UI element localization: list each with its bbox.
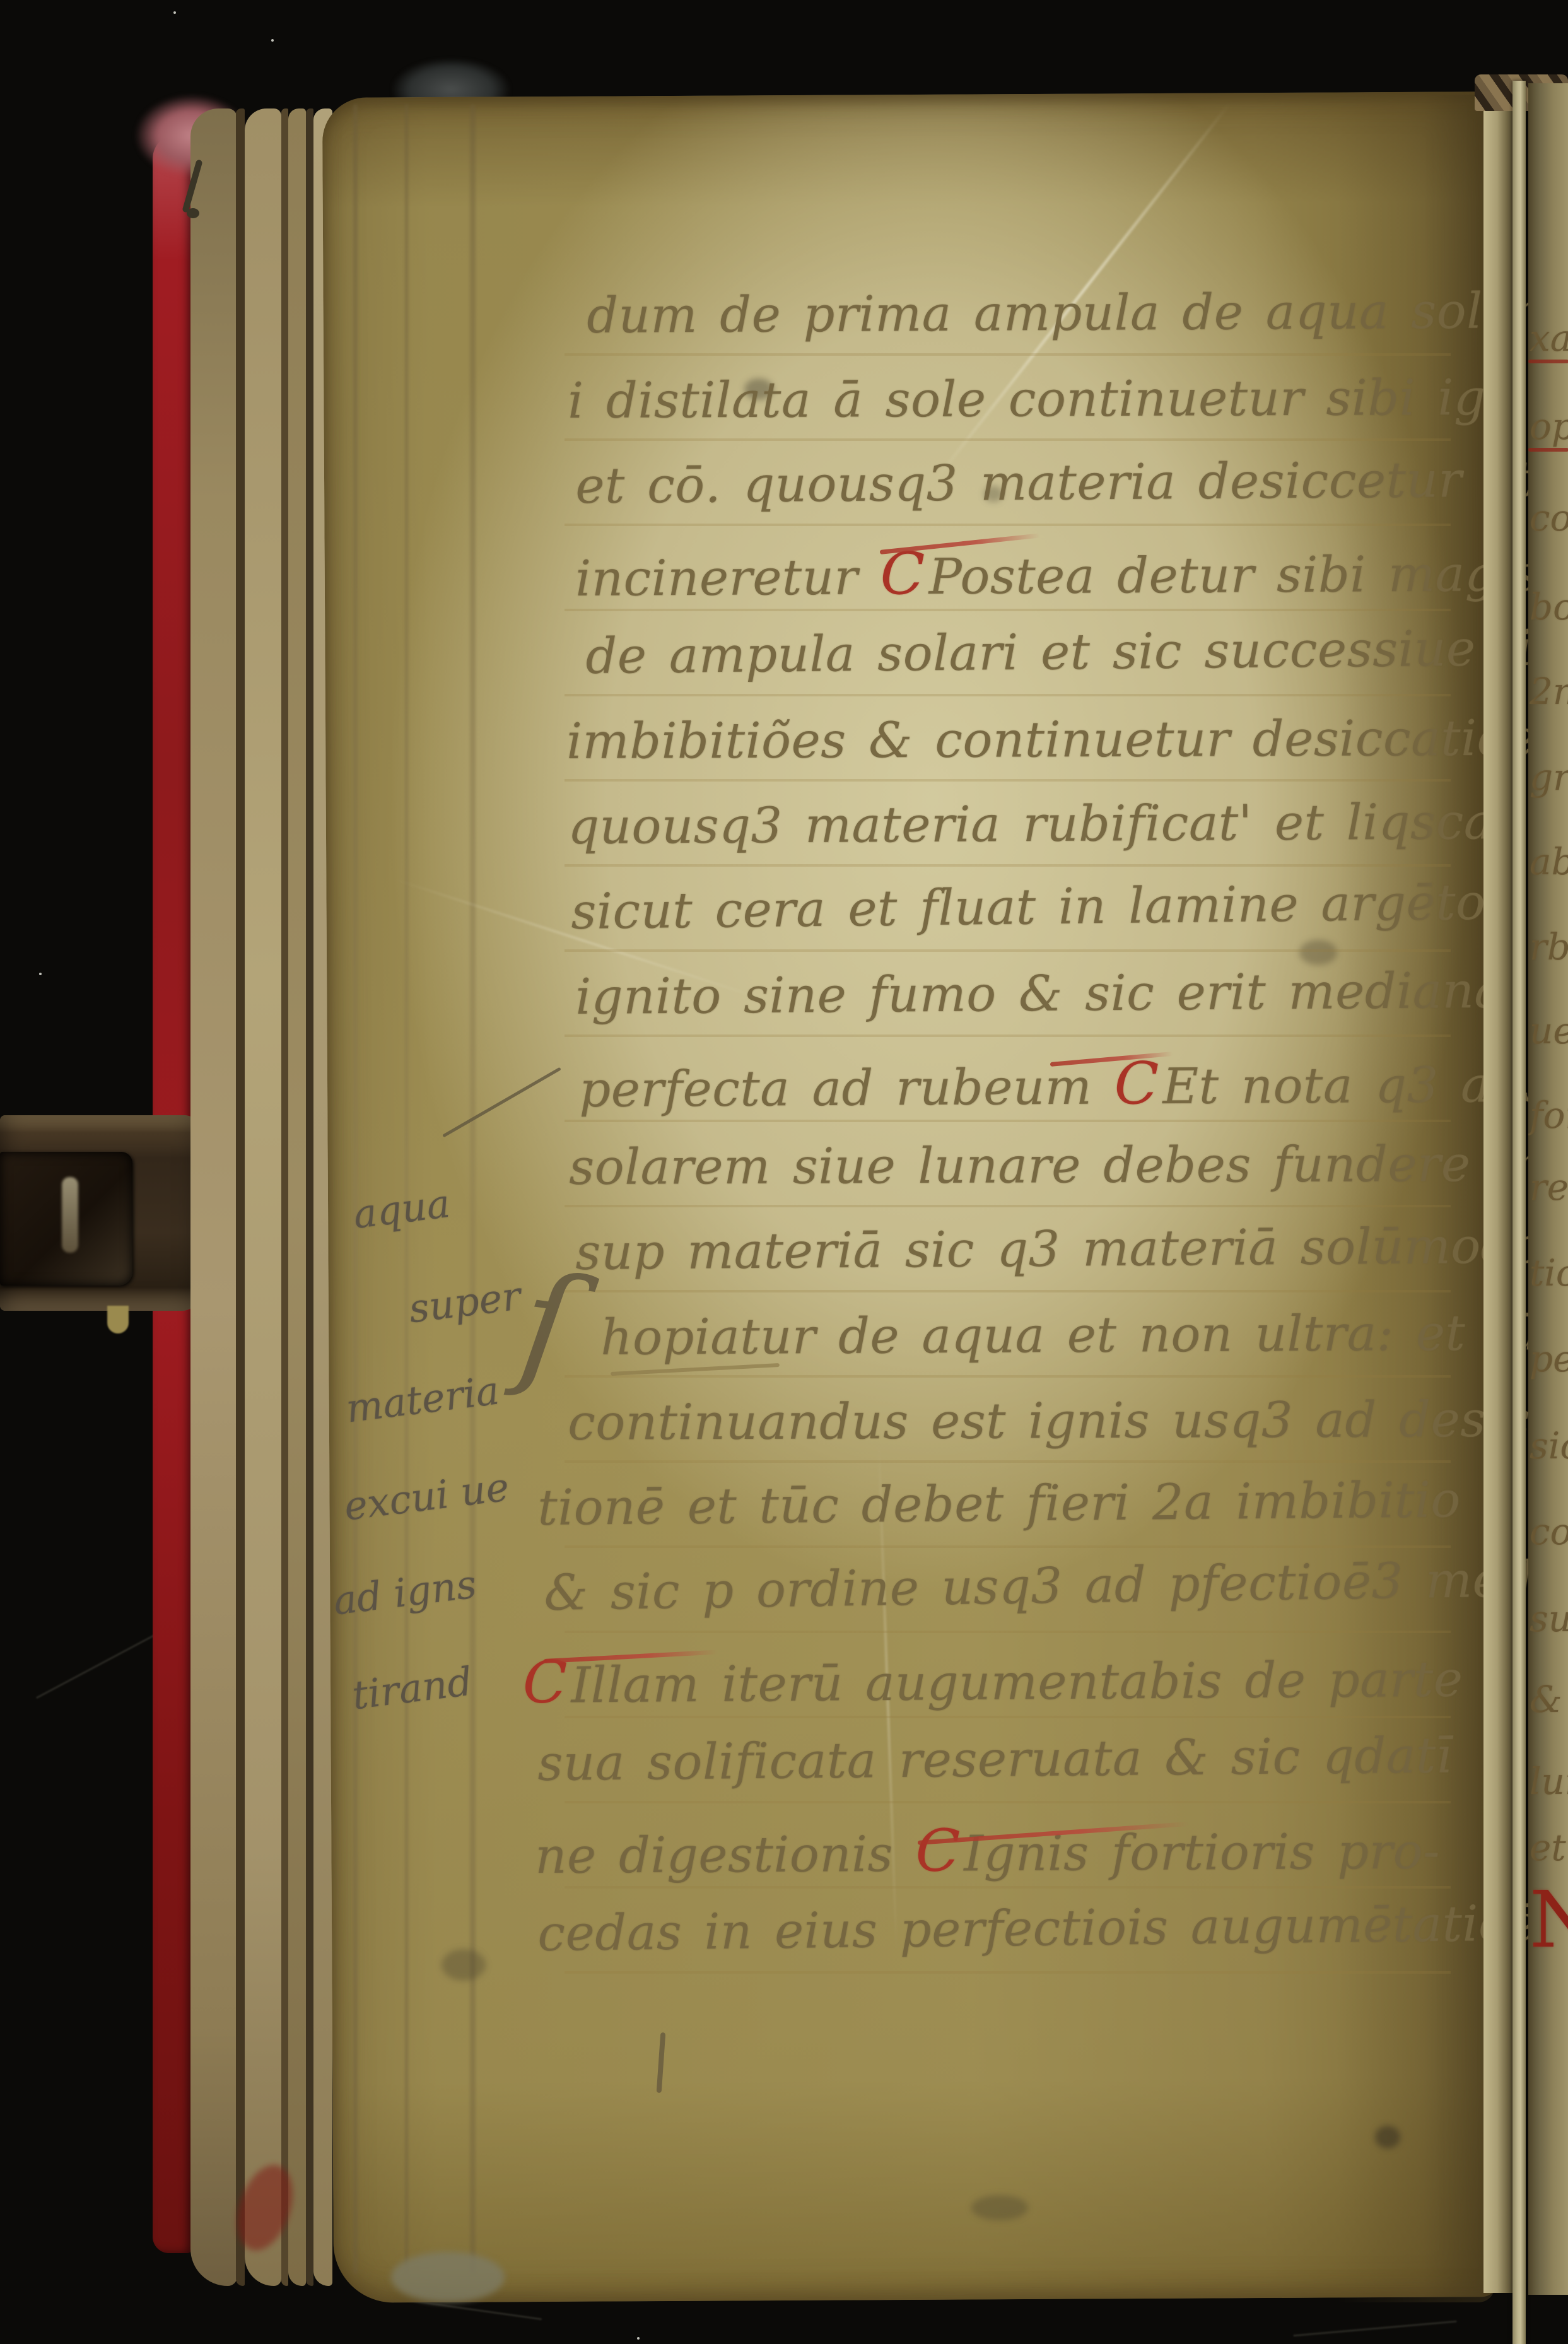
- text-line: tionē et tūc debet fieri 2a imbibitio .: [537, 1475, 1499, 1533]
- text-line: hopiatur de aqua et non ultra: et tūc: [600, 1308, 1567, 1362]
- right-page-text-fragment: conr: [1530, 496, 1568, 539]
- text-line: quousq3 materia rubificat' et liqscat: [568, 797, 1514, 852]
- right-page-text-fragment: bon: [1530, 585, 1568, 628]
- dust-speck: [39, 973, 42, 975]
- line-text: imbibitiões & continuetur desiccatiões: [566, 710, 1562, 770]
- strap-metal-glint: [62, 1177, 78, 1253]
- line-text: Illam iterū augumentabis de parte: [571, 1651, 1463, 1714]
- right-page-text-fragment: rem: [1530, 1166, 1568, 1209]
- text-line: ne digestionis CIgnis fortioris pro-: [535, 1819, 1440, 1882]
- line-text: et cō. quousq3 materia desiccetur et: [575, 451, 1534, 515]
- text-line: i distilata ā sole continuetur sibi ig's: [568, 373, 1525, 426]
- page-curl-ridge: [470, 104, 476, 2274]
- rubric-capitulum: C: [910, 1822, 966, 1880]
- metal-clasp-remnant: [391, 2252, 505, 2302]
- line-text: tionē et tūc debet fieri 2a imbibitio .: [537, 1472, 1499, 1537]
- line-text: continuandus est ignis usq3 ad desica-: [568, 1391, 1568, 1451]
- line-text: de ampula solari et sic successiue fiūt: [585, 619, 1568, 685]
- right-page-text-fragment: lun: [1530, 1760, 1568, 1803]
- stain: [971, 2195, 1028, 2220]
- dust-speck: [271, 39, 274, 42]
- rubric-capitulum: C: [1108, 1055, 1165, 1113]
- stain: [442, 1949, 486, 1981]
- line-text: i distilata ā sole continuetur sibi ig's: [568, 370, 1525, 430]
- line-text: hopiatur de aqua et non ultra: et tūc: [600, 1304, 1568, 1366]
- text-line: et cō. quousq3 materia desiccetur et: [575, 455, 1534, 511]
- text-line: ignito sine fumo & sic erit mediana: [575, 966, 1504, 1022]
- line-text: sup materiā sic q3 materiā solūmodo co: [575, 1217, 1568, 1281]
- red-underline: [1528, 360, 1568, 363]
- line-text: incineretur: [575, 549, 881, 607]
- text-line: sup materiā sic q3 materiā solūmodo co: [575, 1221, 1568, 1277]
- text-line: sua solificata reseruata & sic qdatī: [537, 1731, 1452, 1788]
- right-page-text-fragment: sup: [1530, 1597, 1568, 1640]
- leaf-edge-stack: [245, 108, 281, 2286]
- dust-speck: [173, 11, 176, 14]
- right-page-text-fragment: tione: [1530, 1251, 1568, 1294]
- line-text: ignito sine fumo & sic erit mediana: [575, 963, 1504, 1026]
- right-page-text-fragment: xam: [1530, 317, 1568, 360]
- line-text: dum de prima ampula de aqua solari: [587, 283, 1552, 344]
- line-text: quousq3 materia rubificat' et liqscat: [568, 794, 1514, 855]
- right-page-text-fragment: 2nd: [1530, 670, 1568, 713]
- leaf-edge-line: [236, 108, 245, 2286]
- text-line: cedas in eius perfectiois augumētatioē: [537, 1899, 1538, 1959]
- text-line: incineretur CPostea detur sibi magis: [575, 542, 1538, 605]
- leaf-edge-stack: [190, 108, 237, 2286]
- line-text: sua solificata reseruata & sic qdatī: [537, 1727, 1452, 1792]
- text-line: dum de prima ampula de aqua solari: [587, 286, 1552, 341]
- right-page-text-fragment: et ri: [1530, 1826, 1568, 1869]
- right-page-text-fragment: pe m: [1530, 1337, 1568, 1380]
- right-page-text-fragment: co: [1530, 1510, 1568, 1553]
- line-text: solarem siue lunare debes fundere tm: [569, 1136, 1560, 1196]
- right-page-sliver: xam opis conr bon 2nd gradu abluti rbulo…: [1528, 83, 1568, 2295]
- right-page-text-fragment: & c: [1530, 1678, 1568, 1721]
- text-line: & sic p ordine usq3 ad pfectioē3 mediaē: [544, 1554, 1568, 1618]
- ink-mark: [187, 208, 199, 218]
- leaf-edge-line: [281, 108, 288, 2286]
- right-page-text-fragment: sicu: [1530, 1424, 1568, 1467]
- right-page-text-fragment: rbulo: [1530, 925, 1568, 968]
- page-thickness-edge: [1483, 104, 1514, 2293]
- dust-speck: [637, 2337, 640, 2340]
- text-line: solarem siue lunare debes fundere tm: [569, 1140, 1560, 1192]
- text-line: imbibitiões & continuetur desiccatiões: [566, 713, 1562, 766]
- line-text: cedas in eius perfectiois augumētatioē: [537, 1895, 1538, 1962]
- right-page-text-fragment: abluti: [1530, 840, 1568, 883]
- line-text: sicut cera et fluat in lamine argēto: [571, 874, 1486, 941]
- text-line: de ampula solari et sic successiue fiūt: [585, 623, 1568, 681]
- red-initial-N: Nu: [1530, 1875, 1568, 1966]
- right-page-text-fragment: gradu: [1530, 756, 1568, 799]
- right-page-text-fragment: form: [1530, 1094, 1568, 1137]
- leather-clasp-strap: [0, 1096, 201, 1335]
- right-page-text-fragment: ueat: [1530, 1009, 1568, 1052]
- strap-metal-tip: [107, 1306, 129, 1333]
- manuscript-photo: dum de prima ampula de aqua solari i dis…: [0, 0, 1568, 2344]
- line-text: Postea detur sibi magis: [928, 546, 1538, 606]
- right-page-text-fragment: opis: [1530, 405, 1568, 448]
- page-curl-ridge: [353, 104, 358, 2274]
- stain: [1375, 2126, 1400, 2148]
- leaf-edge-stack: [288, 108, 306, 2286]
- red-underline: [1528, 448, 1568, 452]
- line-text: ne digestionis: [535, 1826, 915, 1885]
- line-text: perfecta ad rubeum: [579, 1059, 1115, 1118]
- text-line: continuandus est ignis usq3 ad desica-: [568, 1395, 1568, 1448]
- leaf-edge-line: [306, 108, 313, 2286]
- bookmark-strip: [1512, 81, 1526, 2344]
- text-line: sicut cera et fluat in lamine argēto: [571, 878, 1486, 937]
- background-scratch: [1293, 2321, 1456, 2337]
